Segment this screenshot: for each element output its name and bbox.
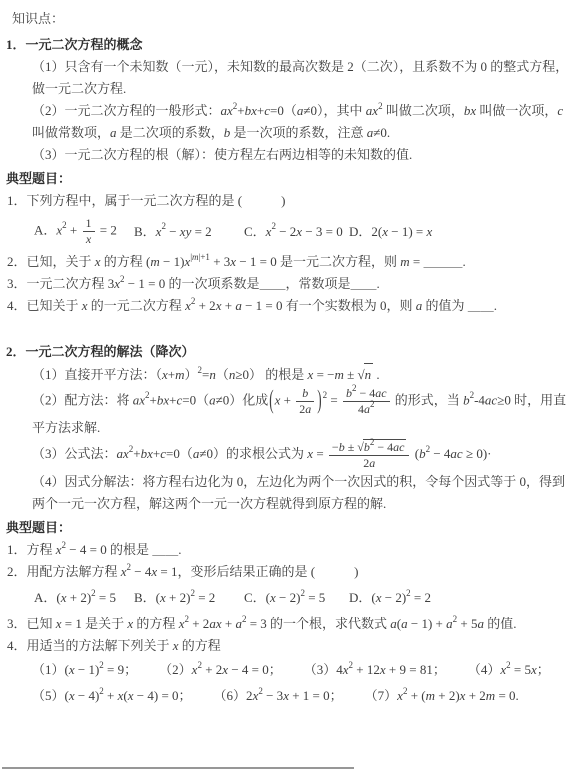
- concept-point-2-cont: 叫做常数项，a 是二次项的系数，b 是一次项的系数，注意 a≠0.: [0, 122, 566, 144]
- footnote-separator-line: [2, 767, 354, 769]
- knowledge-points-label: 知识点：: [0, 8, 566, 30]
- option: C．(x − 2)2 = 5: [244, 587, 349, 609]
- concept-point-1: （1）只含有一个未知数（一元），未知数的最高次数是 2（二次），且系数不为 0 …: [0, 56, 566, 78]
- typical-problems-heading-1: 典型题目：: [0, 168, 566, 190]
- equation: （3）4x2 + 12x + 9 = 81；: [304, 659, 446, 681]
- equation: （7）x2 + (m + 2)x + 2m = 0.: [365, 685, 519, 707]
- q2-4-stem: 4．用适当的方法解下列关于 x 的方程: [0, 635, 566, 657]
- section-1-heading: 1．一元二次方程的概念: [0, 34, 566, 56]
- q1-1-stem: 1．下列方程中，属于一元二次方程的是 ( ): [0, 190, 566, 212]
- equation: （2）x2 + 2x − 4 = 0；: [159, 659, 282, 681]
- option: B．(x + 2)2 = 2: [134, 587, 244, 609]
- q1-4: 4．已知关于 x 的一元二次方程 x2 + 2x + a − 1 = 0 有一个…: [0, 295, 566, 317]
- q1-2: 2．已知，关于 x 的方程 (m − 1)x|m|+1 + 3x − 1 = 0…: [0, 251, 566, 273]
- concept-point-2: （2）一元二次方程的一般形式：ax2+bx+c=0（a≠0），其中 ax2 叫做…: [0, 100, 566, 122]
- typical-problems-heading-2: 典型题目：: [0, 517, 566, 539]
- worksheet-page: 知识点：1．一元二次方程的概念（1）只含有一个未知数（一元），未知数的最高次数是…: [0, 0, 566, 771]
- method-4-cont: 两个一元一次方程，解这两个一元一次方程就得到原方程的解.: [0, 493, 566, 515]
- q2-1: 1．方程 x2 − 4 = 0 的根是 ＿＿.: [0, 539, 566, 561]
- q1-3: 3．一元二次方程 3x2 − 1 = 0 的一次项系数是＿＿，常数项是＿＿.: [0, 273, 566, 295]
- method-3-formula: （3）公式法：ax2+bx+c=0（a≠0）的求根公式为 x = −b ± √b…: [0, 439, 566, 471]
- concept-point-3: （3）一元二次方程的根（解）：使方程左右两边相等的未知数的值.: [0, 144, 566, 166]
- q1-1-options: A．x2 + 1x = 2B．x2 − xy = 2C．x2 − 2x − 3 …: [0, 212, 566, 251]
- method-2-cont: 平方法求解.: [0, 417, 566, 439]
- q2-4-equations-row-2: （5）(x − 4)2 + x(x − 4) = 0；（6）2x2 − 3x +…: [0, 683, 566, 709]
- concept-point-1-cont: 做一元二次方程.: [0, 78, 566, 100]
- option: A．(x + 2)2 = 5: [34, 587, 134, 609]
- q2-2-stem: 2．用配方法解方程 x2 − 4x = 1，变形后结果正确的是 ( ): [0, 561, 566, 583]
- option: D．(x − 2)2 = 2: [349, 587, 431, 609]
- q2-2-options: A．(x + 2)2 = 5B．(x + 2)2 = 2C．(x − 2)2 =…: [0, 583, 566, 613]
- q2-4-equations-row-1: （1）(x − 1)2 = 9；（2）x2 + 2x − 4 = 0；（3）4x…: [0, 657, 566, 683]
- equation: （5）(x − 4)2 + x(x − 4) = 0；: [32, 685, 192, 707]
- section-2-heading: 2．一元二次方程的解法（降次）: [0, 341, 566, 363]
- equation: （1）(x − 1)2 = 9；: [32, 659, 137, 681]
- method-1-direct-sqrt: （1）直接开平方法：（x+m）2=n（n≥0） 的根是 x = −m ± √n …: [0, 363, 566, 386]
- option: B．x2 − xy = 2: [134, 221, 244, 243]
- equation: （4）x2 = 5x；: [468, 659, 550, 681]
- equation: （6）2x2 − 3x + 1 = 0；: [214, 685, 343, 707]
- q2-3: 3．已知 x = 1 是关于 x 的方程 x2 + 2ax + a2 = 3 的…: [0, 613, 566, 635]
- method-4-factoring: （4）因式分解法：将方程右边化为 0，左边化为两个一次因式的积，令每个因式等于 …: [0, 471, 566, 493]
- method-2-completing-square: （2）配方法：将 ax2+bx+c=0（a≠0）化成(x + b2a)2 = b…: [0, 386, 566, 417]
- option: D．2(x − 1) = x: [349, 221, 432, 243]
- option: A．x2 + 1x = 2: [34, 216, 134, 247]
- document-body: 知识点：1．一元二次方程的概念（1）只含有一个未知数（一元），未知数的最高次数是…: [0, 8, 566, 709]
- option: C．x2 − 2x − 3 = 0: [244, 221, 349, 243]
